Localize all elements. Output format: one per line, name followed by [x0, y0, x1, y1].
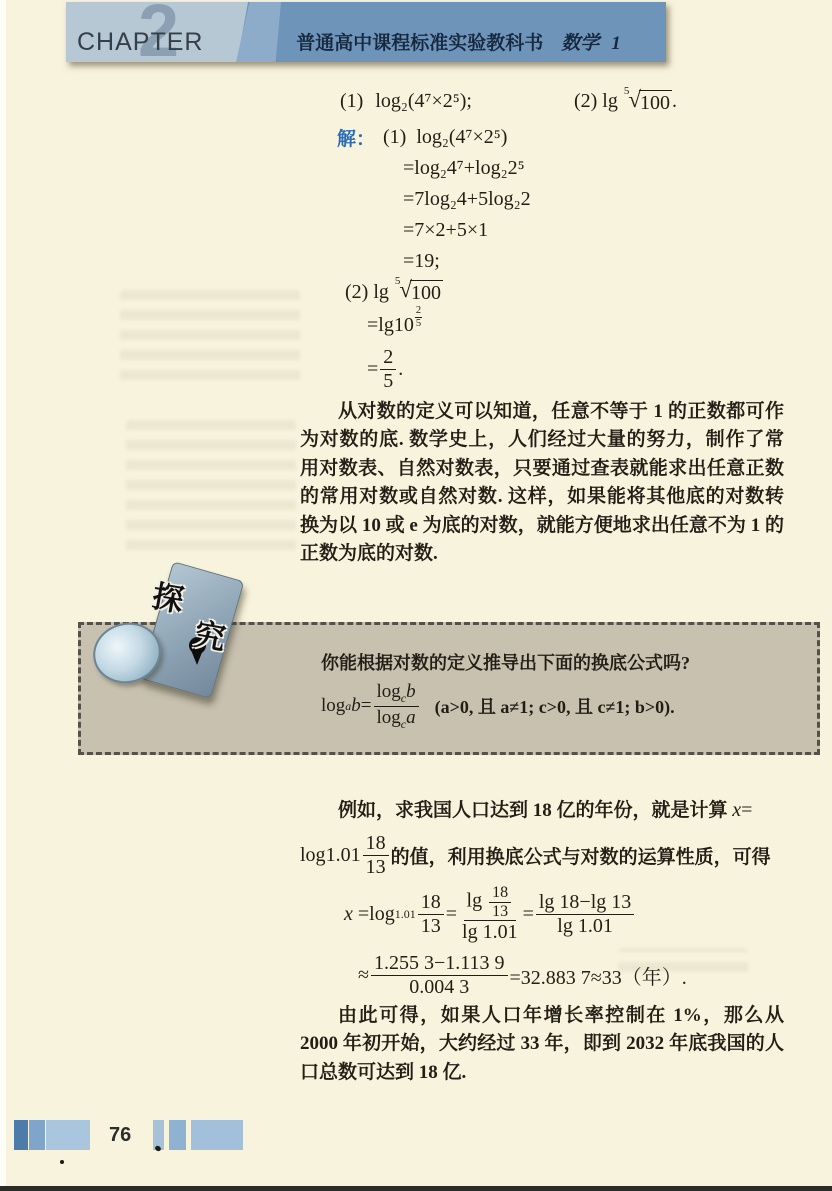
variable-x: x: [732, 799, 741, 821]
solution-step: =lg1025: [367, 308, 531, 343]
solution-result: =25.: [367, 343, 531, 395]
change-of-base-formula: logab = logcb logca (a>0, 且 a≠1; c>0, 且 …: [321, 681, 675, 731]
equals-sign: =: [361, 695, 372, 717]
solution-part2-label: (2): [345, 281, 368, 304]
formula-row-1: x =log1.011813=lg 1813lg 1.01=lg 18−lg 1…: [344, 884, 687, 944]
page-number: 76: [109, 1124, 131, 1147]
chapter-header-band: 2 CHAPTER 普通高中课程标准实验教科书数学1: [66, 2, 666, 62]
example-line1: 例如，求我国人口达到 18 亿的年份，就是计算 x=: [300, 795, 786, 826]
problem-2-label: (2): [574, 90, 597, 113]
radicand: 100: [410, 280, 443, 305]
page-edge-bottom: [0, 1186, 832, 1191]
example-paragraph: 例如，求我国人口达到 18 亿的年份，就是计算 x= log1.011813的值…: [300, 795, 786, 879]
log-base: 1.01: [326, 844, 361, 867]
chapter-label: CHAPTER: [77, 28, 203, 57]
root-index: 5: [624, 85, 630, 97]
dust-speck: [60, 1160, 64, 1164]
solution-part1-expression: log₂(4⁷×2⁵): [416, 126, 507, 149]
fraction-numerator: logcb: [374, 681, 419, 707]
root-index: 5: [395, 275, 401, 287]
period: .: [398, 358, 403, 381]
formula-fraction: logcb logca: [374, 681, 419, 731]
log-symbol: =log: [358, 903, 395, 926]
exponent-fraction: 25: [415, 305, 422, 330]
solution-step: =log₂4⁷+log₂2⁵: [403, 153, 531, 184]
radical-expression: 5√100: [395, 280, 443, 305]
lg-symbol: lg: [373, 281, 389, 304]
footer-color-block: [169, 1120, 186, 1150]
footer-color-blocks-left: [14, 1120, 91, 1150]
explore-box: 探 究 你能根据对数的定义推导出下面的换底公式吗? logab = logcb …: [78, 622, 820, 755]
denominator: lg 1.01: [459, 921, 521, 944]
textbook-page: 2 CHAPTER 普通高中课程标准实验教科书数学1 (1) log₂(4⁷×2…: [0, 0, 832, 1191]
formula-row-2: ≈1.255 3−1.113 90.004 3=32.883 7≈33（年）.: [358, 952, 687, 999]
book-title-text: 普通高中课程标准实验教科书: [296, 33, 543, 54]
body-paragraph-logarithm-history: 从对数的定义可以知道，任意不等于 1 的正数都可作为对数的底. 数学史上，人们经…: [300, 398, 784, 568]
footer-color-block: [29, 1120, 45, 1150]
footer-color-block: [191, 1120, 243, 1150]
solution-step: =7×2+5×1: [403, 215, 531, 246]
equals-sign: =: [446, 903, 457, 926]
bleed-through-artifact: [120, 290, 300, 390]
footer-color-block: [14, 1120, 28, 1150]
lg-power-base: =lg10: [367, 314, 414, 337]
numerator: lg 1813: [464, 884, 517, 921]
solution-label: 解：: [337, 124, 375, 151]
fraction-decimal: 1.255 3−1.113 90.004 3: [371, 952, 508, 999]
problem-1-label: (1): [340, 90, 363, 115]
fraction-18-13: 1813: [418, 891, 444, 938]
formula-result: =32.883 7≈33（年）.: [510, 961, 687, 990]
solution-step: =7log₂4+5log₂2: [403, 184, 531, 215]
book-number: 1: [611, 33, 621, 54]
example-line2: log1.011813的值，利用换底公式与对数的运算性质，可得: [300, 832, 786, 879]
log-arg: b: [351, 695, 361, 717]
footer-color-block: [46, 1120, 90, 1150]
explore-question: 你能根据对数的定义推导出下面的换底公式吗?: [321, 649, 690, 675]
solution-part2-head: (2) lg5√100: [345, 277, 531, 308]
book-subject: 数学: [561, 33, 599, 54]
formula-conditions: (a>0, 且 a≠1; c>0, 且 c≠1; b>0).: [435, 693, 675, 719]
solution-block: 解： (1) log₂(4⁷×2⁵) =log₂4⁷+log₂2⁵ =7log₂…: [337, 122, 531, 395]
page-footer: 76: [14, 1120, 248, 1150]
bleed-through-artifact: [126, 420, 296, 560]
result-fraction: 25: [380, 346, 396, 393]
equals-sign: =: [741, 799, 752, 821]
problem-statement: (1) log₂(4⁷×2⁵); (2) lg5√100.: [340, 90, 677, 115]
log-base: 1.01: [395, 907, 416, 922]
radical-expression: 5√100: [624, 90, 672, 115]
fraction-lg: lg 1813lg 1.01: [459, 884, 521, 944]
nested-fraction: 1813: [489, 884, 511, 920]
solution-head: 解： (1) log₂(4⁷×2⁵): [337, 122, 531, 153]
solution-step: =19;: [403, 246, 531, 277]
equals-sign: =: [367, 358, 378, 381]
book-title: 普通高中课程标准实验教科书数学1: [266, 28, 651, 55]
solution-part1-label: (1): [383, 126, 406, 149]
lg-symbol: lg: [602, 90, 618, 113]
body-paragraph-conclusion: 由此可得，如果人口年增长率控制在 1%，那么从 2000 年初开始，大约经过 3…: [300, 1002, 784, 1087]
inline-fraction: 1813: [363, 832, 389, 879]
approx-sign: ≈: [358, 964, 369, 987]
explore-icon: 探 究: [93, 567, 263, 717]
footer-color-blocks-right: [153, 1120, 248, 1150]
fraction-denominator: logca: [374, 707, 419, 732]
period: .: [672, 90, 677, 113]
page-edge-left: [0, 0, 6, 1191]
variable-x: x: [344, 903, 353, 926]
problem-1-expression: log₂(4⁷×2⁵);: [375, 90, 472, 115]
equals-sign: =: [523, 903, 534, 926]
log-symbol: log: [300, 844, 326, 867]
radicand: 100: [639, 90, 672, 115]
problem-2: (2) lg5√100.: [574, 90, 677, 115]
log-symbol: log: [321, 695, 345, 717]
display-formula: x =log1.011813=lg 1813lg 1.01=lg 18−lg 1…: [344, 884, 687, 1007]
fraction-lg-diff: lg 18−lg 13lg 1.01: [536, 891, 634, 938]
